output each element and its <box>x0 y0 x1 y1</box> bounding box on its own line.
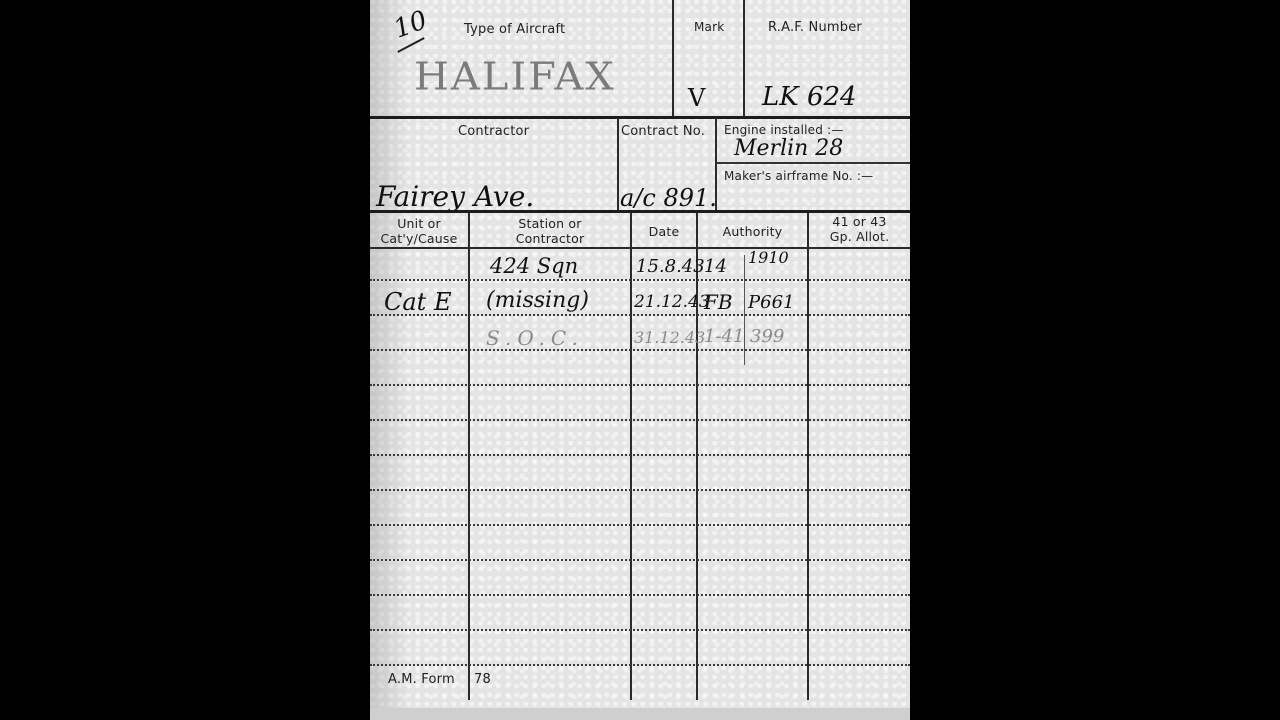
column-header-gp-allot: 41 or 43 Gp. Allot. <box>809 214 910 244</box>
divider <box>617 118 619 213</box>
scan-shadow <box>370 0 410 720</box>
engine-underline <box>716 162 910 164</box>
row-line <box>370 279 910 281</box>
authority-cell: FB <box>704 290 733 314</box>
section-border <box>370 210 910 213</box>
contractor-value: Fairey Ave. <box>376 180 534 213</box>
date-cell: 31.12.43 <box>634 328 705 347</box>
contract-no-label: Contract No. <box>621 124 705 139</box>
section-border <box>370 116 910 119</box>
station-cell: (missing) <box>486 288 589 313</box>
raf-number-value: LK 624 <box>762 82 857 112</box>
row-line <box>370 419 910 421</box>
column-divider <box>807 213 809 700</box>
station-cell: S.O.C. <box>486 326 584 350</box>
column-divider <box>696 213 698 700</box>
divider <box>715 118 717 213</box>
mark-value: V <box>688 84 705 112</box>
mark-label: Mark <box>694 20 724 34</box>
column-divider <box>630 213 632 700</box>
row-line <box>370 349 910 351</box>
contract-no-value: a/c 891. <box>620 184 717 212</box>
engine-installed-label: Engine installed :— <box>724 123 844 137</box>
row-line <box>370 524 910 526</box>
authority-subdivider <box>744 255 745 365</box>
divider <box>672 0 674 117</box>
column-divider <box>468 213 470 700</box>
authority-cell: P661 <box>748 292 794 313</box>
row-line <box>370 594 910 596</box>
aircraft-type-stamp: HALIFAX <box>414 55 616 99</box>
row-line <box>370 629 910 631</box>
row-line <box>370 454 910 456</box>
card-bottom-edge <box>370 708 910 720</box>
column-header-unit: Unit or Cat'y/Cause <box>370 216 468 246</box>
form-number: 78 <box>474 672 491 687</box>
form-label: A.M. Form <box>388 672 455 687</box>
authority-cell: 399 <box>750 326 784 347</box>
authority-cell: 14 <box>704 256 727 277</box>
type-of-aircraft-label: Type of Aircraft <box>464 22 565 37</box>
row-line <box>370 559 910 561</box>
makers-airframe-label: Maker's airframe No. :— <box>724 169 873 183</box>
column-header-station: Station or Contractor <box>470 216 630 246</box>
authority-cell: 1-41 <box>704 326 744 347</box>
engine-installed-value: Merlin 28 <box>734 136 843 161</box>
column-header-authority: Authority <box>698 224 807 239</box>
row-line <box>370 489 910 491</box>
date-cell: 21.12.43 <box>634 292 710 312</box>
authority-cell: 1910 <box>748 248 789 267</box>
row-line <box>370 384 910 386</box>
divider <box>743 0 745 117</box>
unit-cell: Cat E <box>384 288 451 316</box>
date-cell: 15.8.43 <box>636 256 705 277</box>
header-underline <box>370 247 910 249</box>
raf-number-label: R.A.F. Number <box>768 20 862 35</box>
column-header-date: Date <box>632 224 696 239</box>
row-line <box>370 664 910 666</box>
aircraft-record-card: 10 Type of Aircraft HALIFAX Mark V R.A.F… <box>370 0 910 720</box>
station-cell: 424 Sqn <box>490 254 578 278</box>
contractor-label: Contractor <box>458 124 529 139</box>
